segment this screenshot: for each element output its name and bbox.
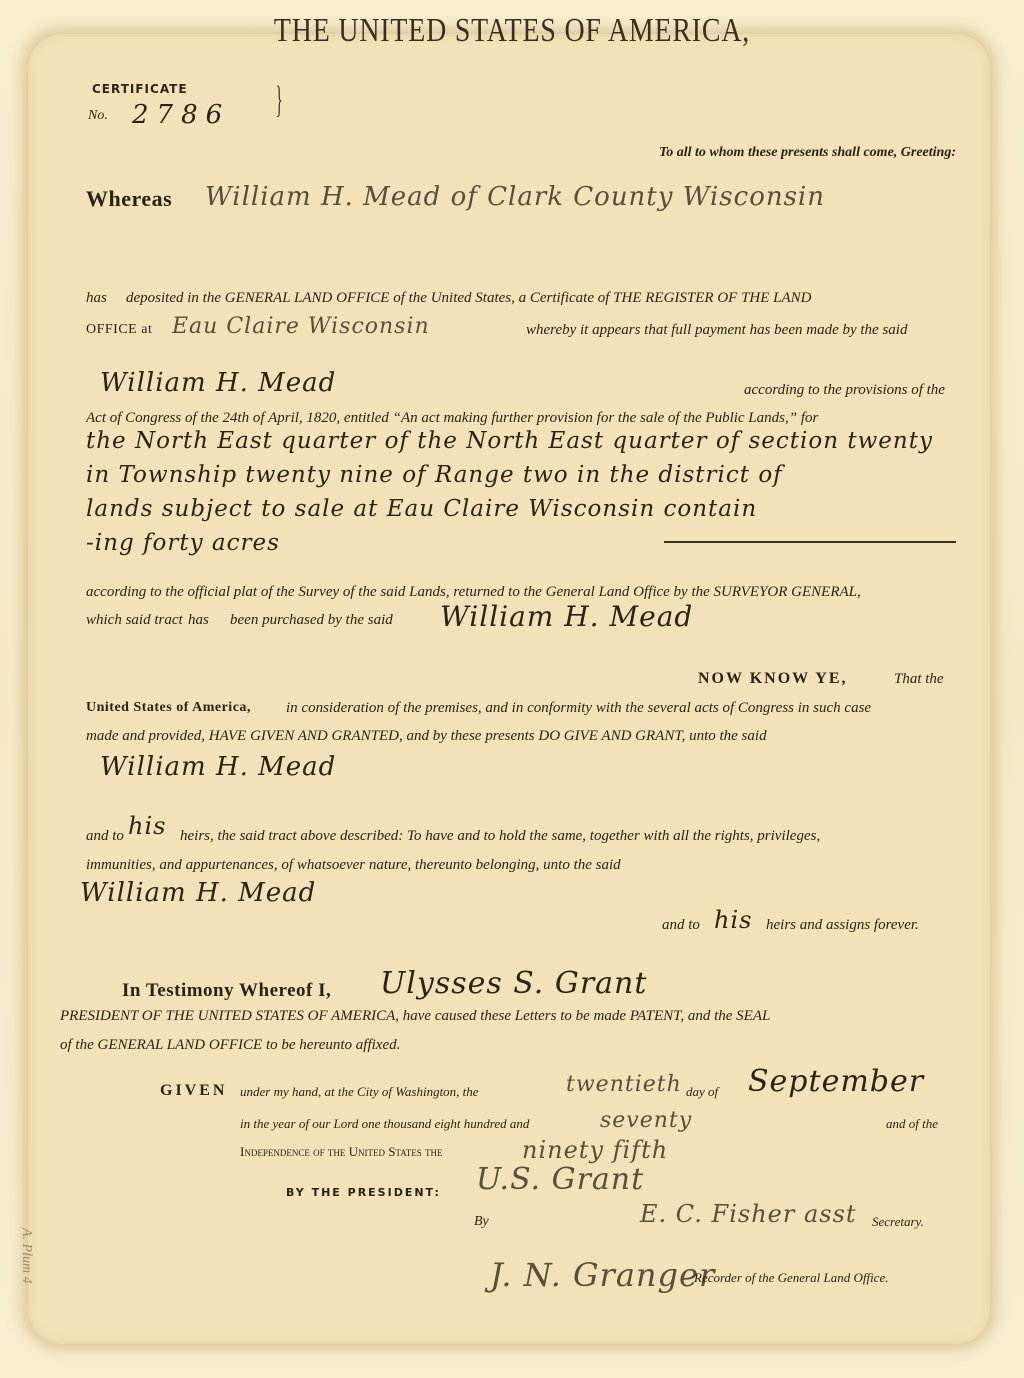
recorder-signature: J. N. Granger	[490, 1256, 715, 1294]
survey-line-2-start: which said tract	[86, 612, 183, 629]
fill-line	[664, 541, 956, 543]
forever-and-to: and to	[662, 917, 700, 934]
land-description-line-2: in Township twenty nine of Range two in …	[86, 462, 783, 488]
deposit-has: has	[86, 290, 107, 307]
deposit-line-1: deposited in the GENERAL LAND OFFICE of …	[126, 290, 978, 307]
testimony-line-1: PRESIDENT OF THE UNITED STATES OF AMERIC…	[60, 1008, 956, 1025]
office-place-handwritten: Eau Claire Wisconsin	[172, 314, 430, 339]
heirs-his-handwritten: his	[128, 812, 166, 840]
deposit-line-2: whereby it appears that full payment has…	[526, 322, 907, 339]
president-name-handwritten: Ulysses S. Grant	[380, 966, 647, 1001]
heirs-and-to: and to	[86, 828, 124, 845]
survey-line-1: according to the official plat of the Su…	[86, 584, 956, 601]
day-handwritten: twentieth	[566, 1072, 682, 1097]
given-line-2: in the year of our Lord one thousand eig…	[240, 1116, 529, 1132]
grantee2-handwritten: William H. Mead	[80, 878, 316, 908]
president-signature: U.S. Grant	[476, 1162, 644, 1197]
office-at: OFFICE at	[86, 322, 152, 338]
by-the-president: BY THE PRESIDENT:	[286, 1186, 441, 1199]
year-handwritten: seventy	[600, 1108, 692, 1133]
given-line-3: Independence of the United States the	[240, 1144, 442, 1160]
forever-his-handwritten: his	[714, 906, 752, 934]
grant-line-2: made and provided, HAVE GIVEN AND GRANTE…	[86, 728, 956, 745]
given-word: GIVEN	[160, 1082, 227, 1100]
that-the: That the	[894, 671, 944, 688]
grant-line-1: in consideration of the premises, and in…	[286, 700, 871, 717]
forever-line: heirs and assigns forever.	[766, 917, 919, 934]
secretary-signature: E. C. Fisher asst	[640, 1200, 857, 1228]
land-description-line-3: lands subject to sale at Eau Claire Wisc…	[86, 496, 757, 522]
independence-handwritten: ninety fifth	[522, 1136, 668, 1164]
whereas-lead: Whereas	[86, 186, 172, 212]
immunities-line: immunities, and appurtenances, of whatso…	[86, 857, 621, 874]
united-states-blackletter: United States of America,	[86, 700, 251, 716]
greeting: To all to whom these presents shall come…	[659, 145, 956, 161]
and-of-the: and of the	[886, 1116, 938, 1132]
document-title: THE UNITED STATES OF AMERICA,	[92, 12, 932, 50]
purchaser-handwritten: William H. Mead	[440, 600, 693, 633]
given-line-1: under my hand, at the City of Washington…	[240, 1084, 479, 1100]
whereas-name-handwritten: William H. Mead of Clark County Wisconsi…	[205, 182, 825, 212]
grantee-handwritten: William H. Mead	[100, 752, 336, 782]
month-handwritten: September	[748, 1064, 924, 1099]
act-of-congress-line: Act of Congress of the 24th of April, 18…	[86, 410, 978, 427]
by-label: By	[474, 1214, 489, 1230]
survey-has: has	[188, 612, 209, 629]
secretary-label: Secretary.	[872, 1214, 924, 1230]
certificate-number: 2786	[132, 100, 230, 130]
testimony-line-2: of the GENERAL LAND OFFICE to be hereunt…	[60, 1037, 400, 1054]
land-description-line-1: the North East quarter of the North East…	[86, 428, 933, 454]
now-know-ye: NOW KNOW YE,	[698, 670, 848, 688]
land-description-line-4: -ing forty acres	[86, 530, 280, 556]
document-panel	[28, 34, 990, 1344]
recorder-label: Recorder of the General Land Office.	[694, 1270, 888, 1286]
testimony-lead: In Testimony Whereof I,	[122, 980, 331, 1002]
certificate-label: CERTIFICATE	[92, 82, 188, 96]
day-of: day of	[686, 1084, 718, 1100]
payer-handwritten: William H. Mead	[100, 368, 336, 398]
survey-line-2-rest: been purchased by the said	[230, 612, 393, 629]
margin-note: A. Plum 4	[18, 1228, 34, 1284]
heirs-line: heirs, the said tract above described: T…	[180, 828, 956, 845]
provisions-text: according to the provisions of the	[744, 382, 945, 399]
number-label: No.	[88, 108, 108, 124]
brace-icon: }	[275, 78, 282, 122]
